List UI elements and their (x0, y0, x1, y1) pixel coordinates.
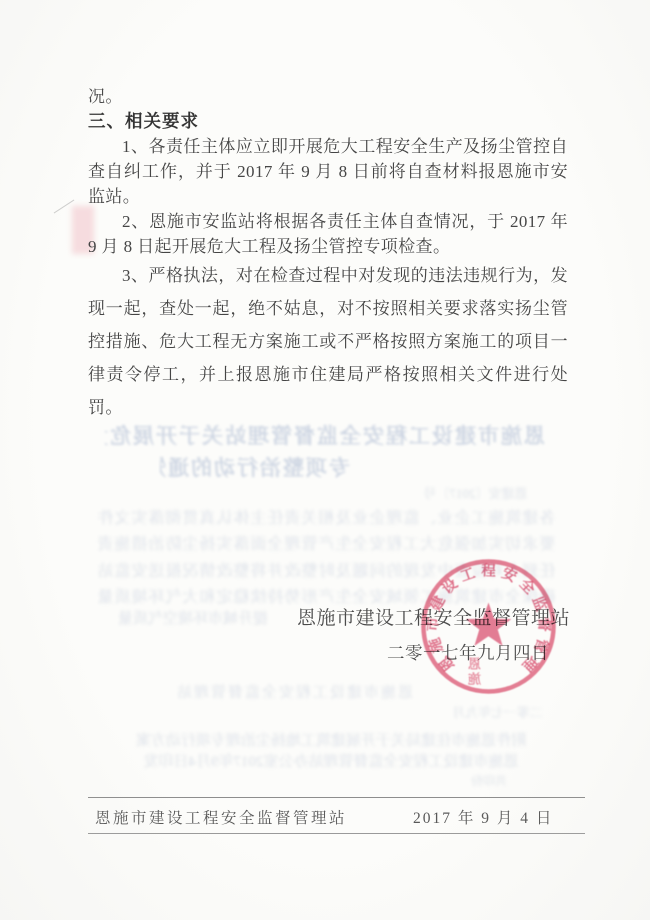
footer-top-rule (88, 797, 585, 798)
footer-organization: 恩施市建设工程安全监督管理站 (95, 806, 347, 828)
bleedthrough-line: 恩建安〔2017〕号 (388, 483, 563, 502)
section-heading: 三、相关要求 (88, 109, 568, 134)
bleedthrough-line: 共印份 (460, 772, 518, 789)
star-icon (466, 603, 512, 646)
paragraph-1: 1、各责任主体应立即开展危大工程安全生产及扬尘管控自查自纠工作，并于 2017 … (88, 134, 568, 209)
bleedthrough-line: 二零一七年九月 (430, 702, 565, 721)
bleedthrough-line: 恩施市建设工程安全监督管理站办公室2017年9月4日印发 (96, 750, 566, 771)
official-seal-stamp: 恩施市建设工程安全监督管理站 恩 施 (418, 556, 559, 697)
scanned-document-page: 况。 三、相关要求 1、各责任主体应立即开展危大工程安全生产及扬尘管控自查自纠工… (0, 0, 650, 920)
footer-bottom-rule (88, 833, 585, 834)
bleedthrough-line: 要求切实加强危大工程安全生产管理全面落实扬尘防治措施责 (86, 531, 566, 554)
bleedthrough-line: 附件恩施市住建局关于开展建筑工地扬尘治理专项行动方案 (96, 729, 566, 750)
continuation-line: 况。 (88, 84, 568, 109)
seal-inner-char-1: 恩 (467, 657, 481, 672)
document-body: 况。 三、相关要求 1、各责任主体应立即开展危大工程安全生产及扬尘管控自查自纠工… (88, 84, 568, 424)
seal-inner-char-2: 施 (468, 672, 481, 687)
paragraph-2: 2、恩施市安监站将根据各责任主体自查情况，于 2017 年 9 月 8 日起开展… (88, 209, 568, 259)
bleedthrough-line: 提升城市环境空气质量 (98, 607, 288, 628)
bleedthrough-line: 恩施市建设工程安全监督管理站 (155, 681, 433, 702)
bleedthrough-line: 各建筑施工企业、监理企业及相关责任主体认真贯彻落实文件 (86, 505, 566, 528)
paragraph-3: 3、严格执法，对在检查过程中对发现的违法违规行为，发现一起，查处一起，绝不姑息，… (88, 259, 568, 424)
scan-crease-mark (54, 200, 75, 214)
bleedthrough-title-line-2: 专项整治行动的通知 (160, 452, 350, 482)
bleedthrough-title-line-1: 恩施市建设工程安全监督管理站关于开展危大 (105, 420, 545, 450)
footer-date: 2017 年 9 月 4 日 (413, 806, 553, 828)
